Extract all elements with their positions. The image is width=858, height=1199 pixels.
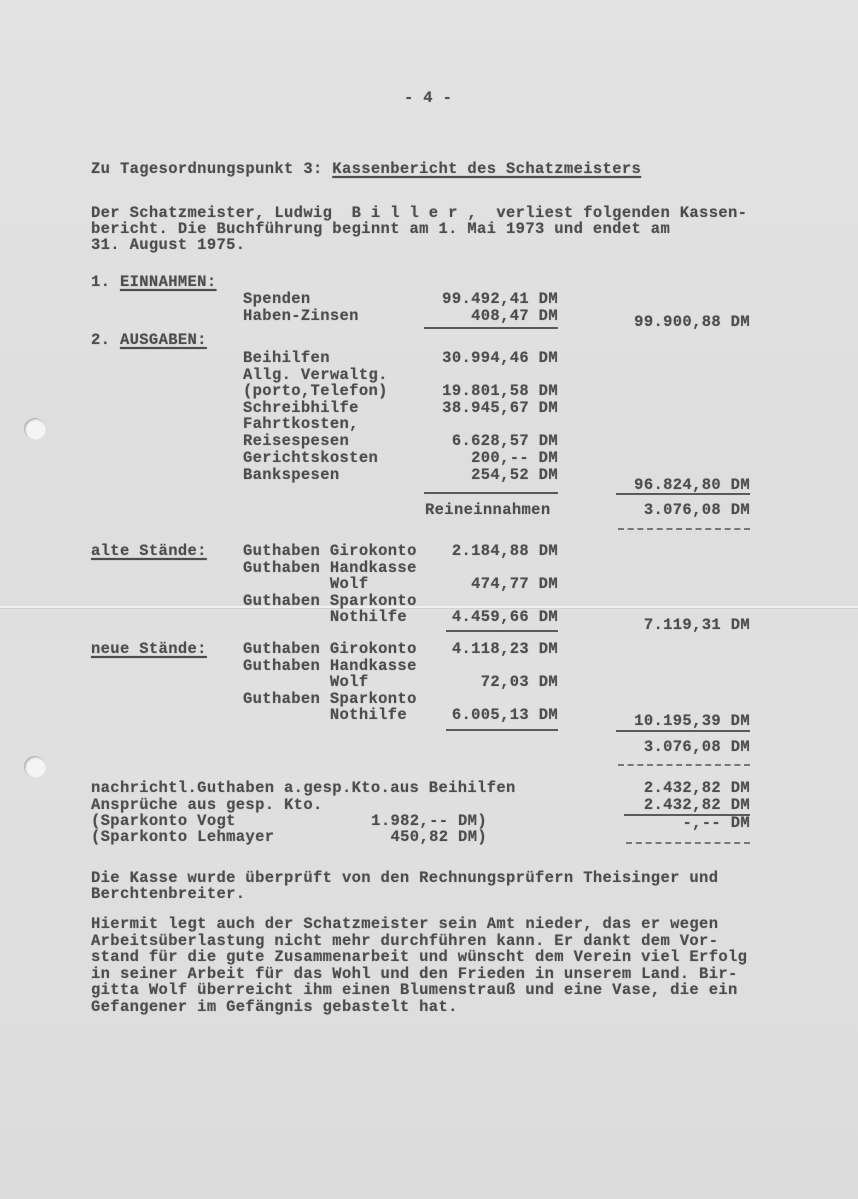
- einnahmen-sum-rule: [424, 327, 558, 329]
- balance-line-label: Guthaben Sparkonto: [243, 593, 417, 609]
- ausgaben-item-amount: 38.945,67 DM: [400, 400, 558, 416]
- ausgaben-title: AUSGABEN:: [120, 331, 207, 349]
- neue-staende-total-rule: [616, 730, 750, 732]
- einnahmen-title: EINNAHMEN:: [120, 273, 217, 291]
- reineinnahmen-double-rule: [618, 528, 750, 534]
- balance-line-label: Guthaben Handkasse: [243, 658, 417, 674]
- nachrichtlich-line-1: nachrichtl.Guthaben a.gesp.Kto.aus Beihi…: [91, 780, 516, 796]
- sparkonto-lehmayer-amount: 450,82 DM): [340, 829, 487, 845]
- ausgaben-item-amount: 6.628,57 DM: [400, 433, 558, 449]
- ausgaben-item-label: Allg. Verwaltg.: [243, 367, 388, 383]
- balance-line-amount: 2.184,88 DM: [400, 543, 558, 559]
- ausgaben-item-amount: 200,-- DM: [400, 450, 558, 466]
- ausgaben-item-amount: 254,52 DM: [400, 467, 558, 483]
- difference-double-rule: [618, 764, 750, 770]
- alte-staende-sum-rule: [446, 630, 558, 632]
- ruecktritt-line: gitta Wolf überreicht ihm einen Blumenst…: [91, 982, 738, 999]
- ausgaben-total-rule: [616, 493, 750, 495]
- intro-line-3: 31. August 1975.: [91, 237, 245, 254]
- ausgaben-item-label: Gerichtskosten: [243, 450, 378, 466]
- sparkonto-vogt-amount: 1.982,-- DM): [340, 813, 487, 829]
- ausgaben-item-label: Reisespesen: [243, 433, 349, 449]
- ausgaben-item-label: Schreibhilfe: [243, 400, 359, 416]
- balance-line-amount: 4.118,23 DM: [400, 641, 558, 657]
- balance-line-label: Guthaben Handkasse: [243, 560, 417, 576]
- balance-line-label: Nothilfe: [243, 707, 407, 723]
- nachrichtlich-line-2: Ansprüche aus gesp. Kto.: [91, 797, 323, 813]
- punch-hole-bottom: [24, 756, 46, 778]
- ausgaben-heading: 2. AUSGABEN:: [91, 332, 207, 348]
- einnahmen-number: 1.: [91, 273, 110, 291]
- ausgaben-item-label: Beihilfen: [243, 350, 330, 366]
- balance-line-amount: 474,77 DM: [400, 576, 558, 592]
- section-heading: Zu Tagesordnungspunkt 3: Kassenbericht d…: [91, 161, 641, 177]
- ausgaben-item-amount: 19.801,58 DM: [400, 383, 558, 399]
- document-page: - 4 - Zu Tagesordnungspunkt 3: Kassenber…: [0, 0, 858, 1199]
- balance-line-amount: 6.005,13 DM: [400, 707, 558, 723]
- ruecktritt-line: Gefangener im Gefängnis gebastelt hat.: [91, 999, 458, 1016]
- einnahmen-label-spenden: Spenden: [243, 291, 311, 307]
- punch-hole-top: [24, 418, 46, 440]
- einnahmen-total: 99.900,88 DM: [600, 314, 750, 330]
- balance-line-label: Wolf: [243, 674, 368, 690]
- nachrichtlich-amount-1: 2.432,82 DM: [600, 780, 750, 796]
- einnahmen-amount-zinsen: 408,47 DM: [400, 308, 558, 324]
- einnahmen-heading: 1. EINNAHMEN:: [91, 274, 216, 290]
- neue-staende-difference: 3.076,08 DM: [600, 739, 750, 755]
- ausgaben-item-amount: 30.994,46 DM: [400, 350, 558, 366]
- balance-double-rule: [626, 842, 750, 848]
- ausgaben-item-label: (porto,Telefon): [243, 383, 388, 399]
- sparkonto-lehmayer-label: (Sparkonto Lehmayer: [91, 829, 274, 845]
- einnahmen-amount-spenden: 99.492,41 DM: [400, 291, 558, 307]
- balance-line-amount: 4.459,66 DM: [400, 609, 558, 625]
- sparkonto-vogt-label: (Sparkonto Vogt: [91, 813, 236, 829]
- reineinnahmen-label: Reineinnahmen: [425, 502, 550, 518]
- page-number: - 4 -: [404, 90, 452, 106]
- einnahmen-label-zinsen: Haben-Zinsen: [243, 308, 359, 324]
- neue-staende-sum-rule: [446, 729, 558, 731]
- balance-line-label: Guthaben Girokonto: [243, 641, 417, 657]
- ruecktritt-line: Hiermit legt auch der Schatzmeister sein…: [91, 916, 718, 933]
- balance-line-label: Wolf: [243, 576, 368, 592]
- balance-line-label: Nothilfe: [243, 609, 407, 625]
- pruefung-line-2: Berchtenbreiter.: [91, 886, 245, 903]
- nachrichtlich-balance: -,-- DM: [600, 815, 750, 831]
- ruecktritt-line: Arbeitsüberlastung nicht mehr durchführe…: [91, 933, 718, 950]
- section-title: Kassenbericht des Schatzmeisters: [332, 160, 641, 178]
- nachrichtlich-amount-2: 2.432,82 DM: [600, 797, 750, 813]
- neue-staende-total: 10.195,39 DM: [600, 713, 750, 729]
- ausgaben-item-label: Fahrtkosten,: [243, 416, 359, 432]
- reineinnahmen-amount: 3.076,08 DM: [600, 502, 750, 518]
- balance-line-label: Guthaben Girokonto: [243, 543, 417, 559]
- ausgaben-number: 2.: [91, 331, 110, 349]
- alte-staende-heading: alte Stände:: [91, 543, 207, 559]
- alte-staende-total: 7.119,31 DM: [600, 617, 750, 633]
- balance-line-label: Guthaben Sparkonto: [243, 691, 417, 707]
- ausgaben-total: 96.824,80 DM: [600, 477, 750, 493]
- ausgaben-item-label: Bankspesen: [243, 467, 340, 483]
- ruecktritt-line: in seiner Arbeit für das Wohl und den Fr…: [91, 966, 738, 983]
- ausgaben-sum-rule: [424, 492, 558, 494]
- balance-line-amount: 72,03 DM: [400, 674, 558, 690]
- neue-staende-heading: neue Stände:: [91, 641, 207, 657]
- ruecktritt-line: stand für die gute Zusammenarbeit und wü…: [91, 949, 747, 966]
- section-prefix: Zu Tagesordnungspunkt 3:: [91, 160, 332, 178]
